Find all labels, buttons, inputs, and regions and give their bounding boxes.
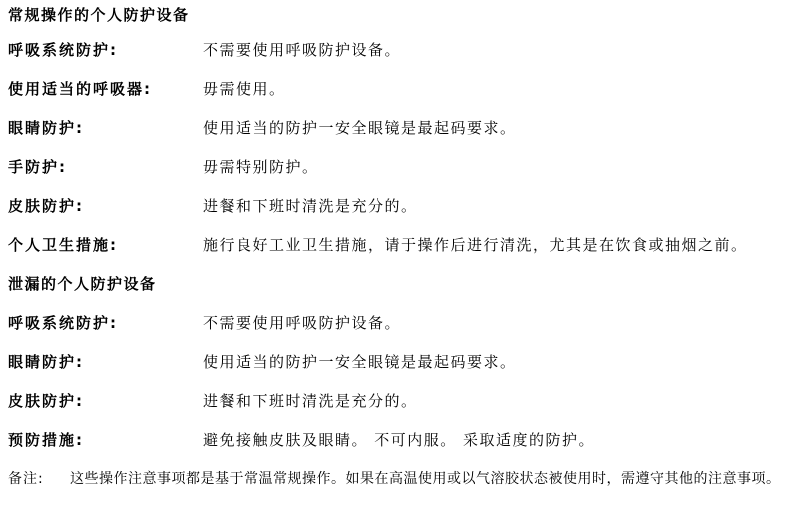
field-row: 眼睛防护: 使用适当的防护一安全眼镜是最起码要求。 <box>8 352 782 372</box>
field-value: 施行良好工业卫生措施，请于操作后进行清洗，尤其是在饮食或抽烟之前。 <box>203 235 748 255</box>
field-row: 呼吸系统防护: 不需要使用呼吸防护设备。 <box>8 313 782 333</box>
note-text: 这些操作注意事项都是基于常温常规操作。如果在高温使用或以气溶胶状态被使用时，需遵… <box>70 469 781 489</box>
field-value: 不需要使用呼吸防护设备。 <box>203 40 401 60</box>
field-value: 毋需特别防护。 <box>203 157 319 177</box>
field-row: 皮肤防护: 进餐和下班时清洗是充分的。 <box>8 391 782 411</box>
field-row: 预防措施: 避免接触皮肤及眼睛。 不可内服。 采取适度的防护。 <box>8 430 782 450</box>
field-row: 呼吸系统防护: 不需要使用呼吸防护设备。 <box>8 40 782 60</box>
field-value: 避免接触皮肤及眼睛。 不可内服。 采取适度的防护。 <box>203 430 595 450</box>
field-label: 手防护: <box>8 157 203 177</box>
field-label: 个人卫生措施: <box>8 235 203 255</box>
field-label: 皮肤防护: <box>8 196 203 216</box>
field-value: 使用适当的防护一安全眼镜是最起码要求。 <box>203 118 517 138</box>
document-page: 常规操作的个人防护设备 呼吸系统防护: 不需要使用呼吸防护设备。 使用适当的呼吸… <box>0 0 790 512</box>
field-row: 皮肤防护: 进餐和下班时清洗是充分的。 <box>8 196 782 216</box>
field-label: 预防措施: <box>8 430 203 450</box>
field-row: 个人卫生措施: 施行良好工业卫生措施，请于操作后进行清洗，尤其是在饮食或抽烟之前… <box>8 235 782 255</box>
field-label: 呼吸系统防护: <box>8 40 203 60</box>
note-row: 备注: 这些操作注意事项都是基于常温常规操作。如果在高温使用或以气溶胶状态被使用… <box>8 469 782 489</box>
field-label: 皮肤防护: <box>8 391 203 411</box>
field-label: 眼睛防护: <box>8 352 203 372</box>
section-title-normal-operation: 常规操作的个人防护设备 <box>8 5 782 25</box>
field-value: 进餐和下班时清洗是充分的。 <box>203 391 418 411</box>
field-label: 呼吸系统防护: <box>8 313 203 333</box>
field-row: 手防护: 毋需特别防护。 <box>8 157 782 177</box>
field-value: 毋需使用。 <box>203 79 286 99</box>
field-value: 不需要使用呼吸防护设备。 <box>203 313 401 333</box>
field-label: 眼睛防护: <box>8 118 203 138</box>
section-title-leak: 泄漏的个人防护设备 <box>8 274 782 294</box>
field-value: 进餐和下班时清洗是充分的。 <box>203 196 418 216</box>
field-row: 使用适当的呼吸器: 毋需使用。 <box>8 79 782 99</box>
note-label: 备注: <box>8 469 70 489</box>
field-value: 使用适当的防护一安全眼镜是最起码要求。 <box>203 352 517 372</box>
field-row: 眼睛防护: 使用适当的防护一安全眼镜是最起码要求。 <box>8 118 782 138</box>
field-label: 使用适当的呼吸器: <box>8 79 203 99</box>
